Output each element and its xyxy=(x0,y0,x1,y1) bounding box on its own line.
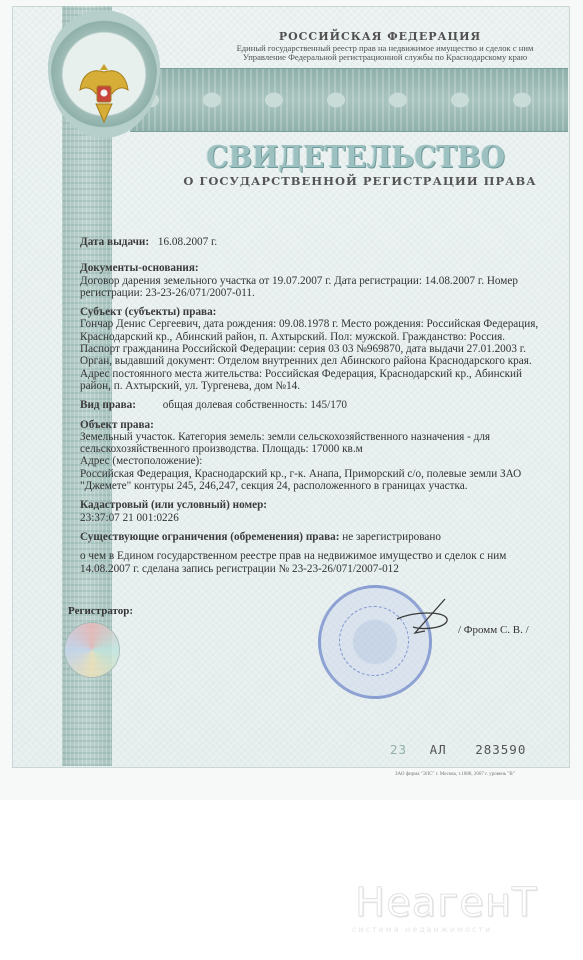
subject-block: Субъект (субъекты) права: Гончар Денис С… xyxy=(80,306,540,392)
right-type-value: общая долевая собственность: 145/170 xyxy=(163,399,347,411)
cadastral-label: Кадастровый (или условный) номер: xyxy=(80,499,540,511)
address-value: Российская Федерация, Краснодарский кр.,… xyxy=(80,468,540,493)
record-text: о чем в Едином государственном реестре п… xyxy=(80,550,540,575)
documents-block: Документы-основания: Договор дарения зем… xyxy=(80,262,540,299)
certificate-body: Дата выдачи: 16.08.2007 г. Документы-осн… xyxy=(80,236,540,582)
hologram-seal xyxy=(64,622,120,678)
right-type-label: Вид права: xyxy=(80,399,136,411)
guilloche-horizontal-band xyxy=(130,68,568,132)
certificate-subtitle: О ГОСУДАРСТВЕННОЙ РЕГИСТРАЦИИ ПРАВА xyxy=(180,174,540,188)
documents-value: Договор дарения земельного участка от 19… xyxy=(80,275,540,300)
watermark-logo: НеагенТ xyxy=(355,880,555,926)
object-value: Земельный участок. Категория земель: зем… xyxy=(80,431,540,456)
subject-value: Гончар Денис Сергеевич, дата рождения: 0… xyxy=(80,318,540,392)
object-label: Объект права: xyxy=(80,419,540,431)
issue-date-label: Дата выдачи: xyxy=(80,236,149,248)
issue-date-value: 16.08.2007 г. xyxy=(158,236,217,248)
documents-label: Документы-основания: xyxy=(80,262,540,274)
certificate-scan: РОССИЙСКАЯ ФЕДЕРАЦИЯ Единый государствен… xyxy=(0,0,583,800)
encumbrance-value: не зарегистрировано xyxy=(342,531,441,543)
cadastral-value: 23:37:07 21 001:0226 xyxy=(80,512,540,524)
printer-note: ЗАО фирма "ЭЛС" г. Москва, т.1888, 2007 … xyxy=(395,772,515,777)
blank-serial-number: 23 АЛ 283590 xyxy=(390,742,526,757)
object-block: Объект права: Земельный участок. Категор… xyxy=(80,419,540,493)
certificate-title: СВИДЕТЕЛЬСТВО xyxy=(206,140,504,175)
blank-number: 283590 xyxy=(475,742,526,757)
registrar-label: Регистратор: xyxy=(68,605,133,617)
blank-series: АЛ xyxy=(430,742,447,757)
header-country: РОССИЙСКАЯ ФЕДЕРАЦИЯ xyxy=(180,30,580,43)
watermark-tagline: система недвижимости xyxy=(352,925,492,934)
address-label: Адрес (местоположение): xyxy=(80,455,540,467)
issue-date-row: Дата выдачи: 16.08.2007 г. xyxy=(80,236,540,248)
registrar-name: / Фромм С. В. / xyxy=(458,624,529,636)
region-code: 23 xyxy=(390,742,407,757)
subject-label: Субъект (субъекты) права: xyxy=(80,306,540,318)
coat-of-arms-icon xyxy=(78,60,130,126)
encumbrance-row: Существующие ограничения (обременения) п… xyxy=(80,531,540,543)
encumbrance-label: Существующие ограничения (обременения) п… xyxy=(80,531,339,543)
right-type-row: Вид права: общая долевая собственность: … xyxy=(80,399,540,411)
signature-icon xyxy=(395,597,455,637)
header-authority-line: Управление Федеральной регистрационной с… xyxy=(190,52,580,62)
cadastral-block: Кадастровый (или условный) номер: 23:37:… xyxy=(80,499,540,524)
